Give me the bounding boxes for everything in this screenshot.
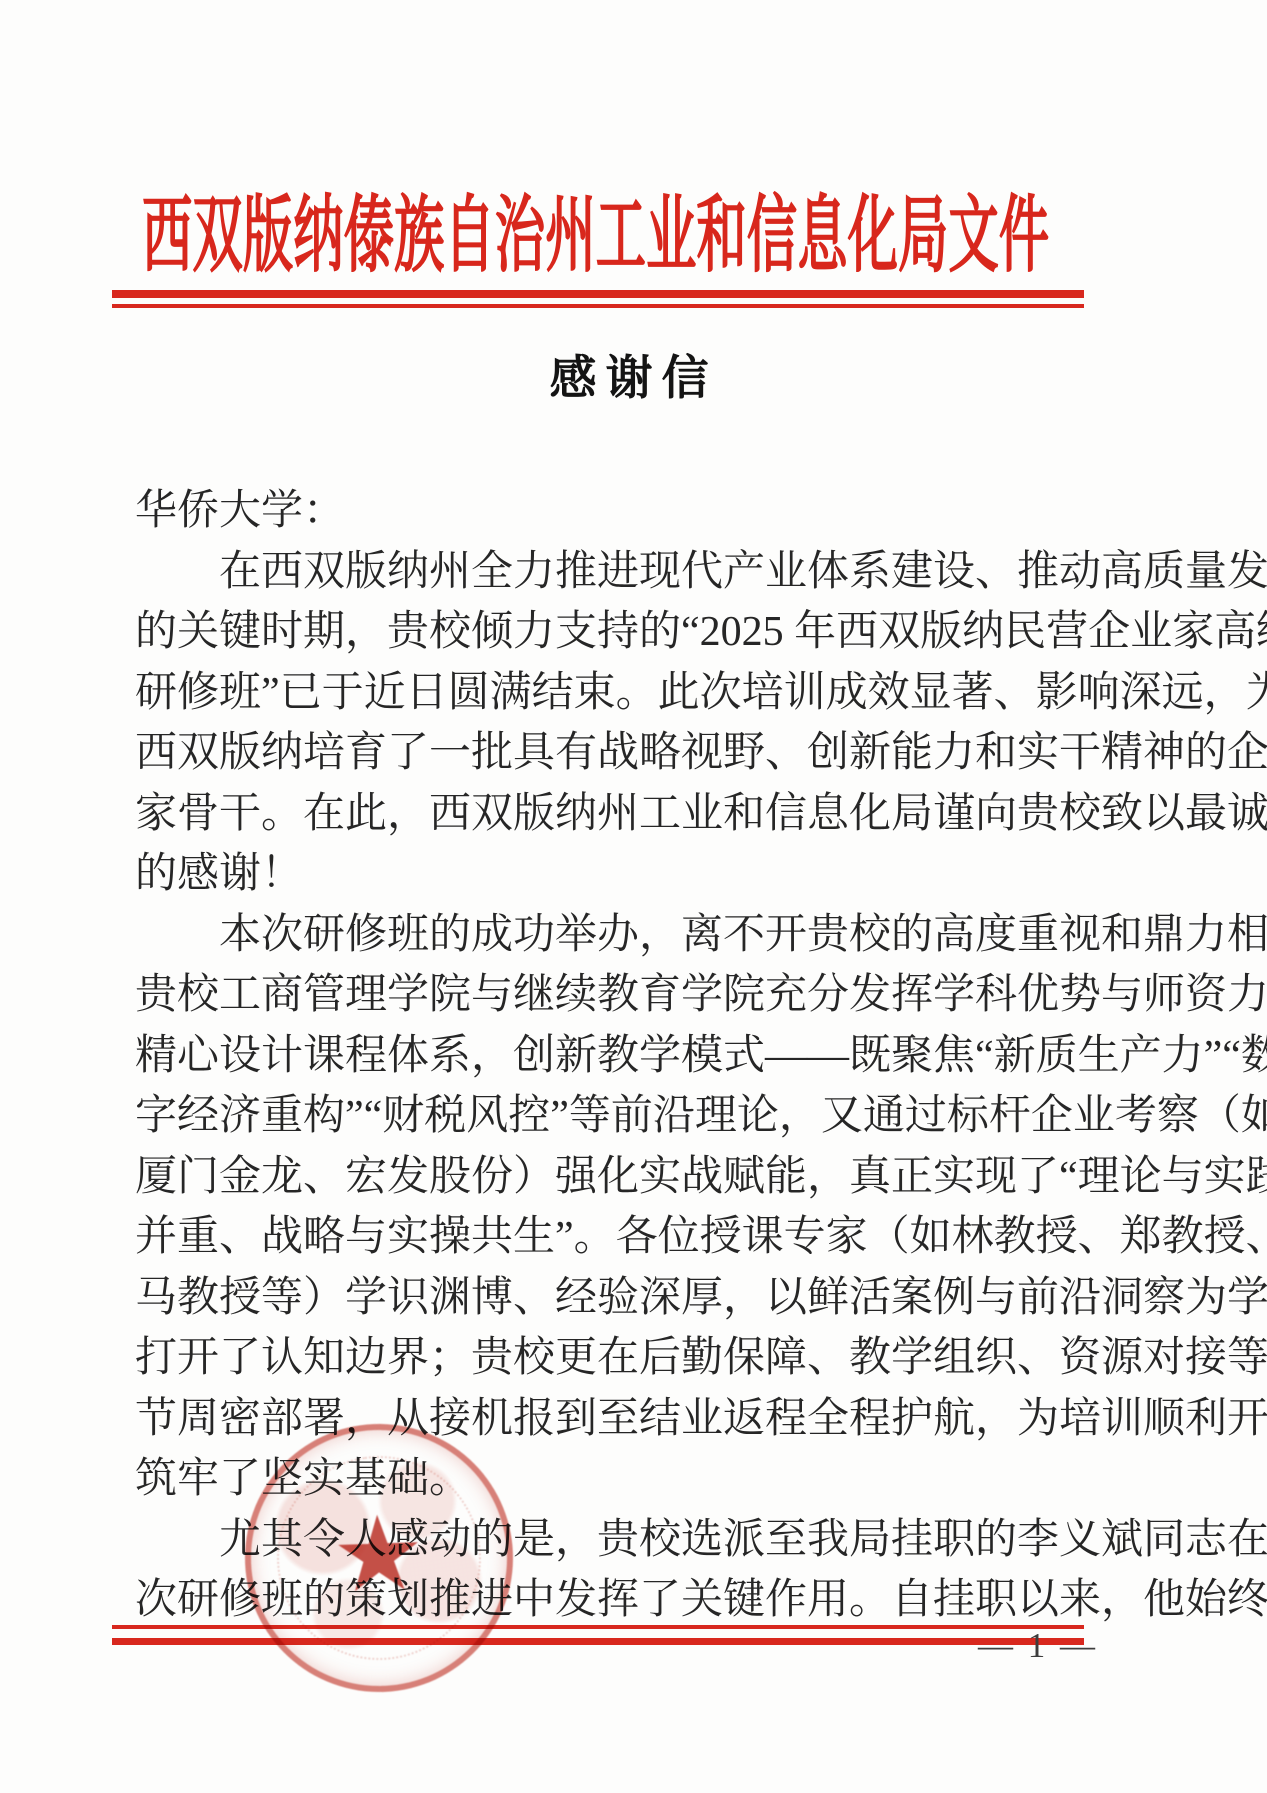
body-line: 字经济重构”“财税风控”等前沿理论，又通过标杆企业考察（如	[135, 1086, 1115, 1147]
body-line: 精心设计课程体系，创新教学模式——既聚焦“新质生产力”“数	[135, 1026, 1115, 1087]
body-line: 西双版纳培育了一批具有战略视野、创新能力和实干精神的企业	[135, 723, 1115, 784]
star-icon: ★	[330, 1500, 427, 1607]
document-page: 西双版纳傣族自治州工业和信息化局文件 感谢信 华侨大学： 在西双版纳州全力推进现…	[0, 0, 1267, 1793]
body-line: 节周密部署，从接机报到至结业返程全程护航，为培训顺利开展	[135, 1389, 1115, 1450]
body-line: 并重、战略与实操共生”。各位授课专家（如林教授、郑教授、	[135, 1207, 1115, 1268]
page-number: — 1 —	[978, 1626, 1098, 1666]
body-line: 打开了认知边界；贵校更在后勤保障、教学组织、资源对接等环	[135, 1328, 1115, 1389]
body-line: 的感谢！	[135, 844, 1115, 905]
salutation-line: 华侨大学：	[135, 481, 1115, 542]
body-line: 贵校工商管理学院与继续教育学院充分发挥学科优势与师资力量，	[135, 965, 1115, 1026]
body-line: 的关键时期，贵校倾力支持的“2025 年西双版纳民营企业家高级	[135, 602, 1115, 663]
body-line: 研修班”已于近日圆满结束。此次培训成效显著、影响深远，为	[135, 663, 1115, 724]
letterhead-divider-thick	[112, 290, 1084, 298]
body-line: 本次研修班的成功举办，离不开贵校的高度重视和鼎力相助。	[135, 905, 1115, 966]
footer-divider-thick	[112, 1638, 1084, 1645]
letterhead-divider-thin	[112, 304, 1084, 308]
body-line: 家骨干。在此，西双版纳州工业和信息化局谨向贵校致以最诚挚	[135, 784, 1115, 845]
body-line: 马教授等）学识渊博、经验深厚，以鲜活案例与前沿洞察为学员	[135, 1268, 1115, 1329]
letter-body: 华侨大学： 在西双版纳州全力推进现代产业体系建设、推动高质量发展 的关键时期，贵…	[135, 481, 1115, 1631]
letter-title: 感谢信	[0, 341, 1267, 408]
letterhead-title: 西双版纳傣族自治州工业和信息化局文件	[142, 193, 1049, 281]
body-line: 厦门金龙、宏发股份）强化实战赋能，真正实现了“理论与实践	[135, 1147, 1115, 1208]
body-line: 在西双版纳州全力推进现代产业体系建设、推动高质量发展	[135, 542, 1115, 603]
